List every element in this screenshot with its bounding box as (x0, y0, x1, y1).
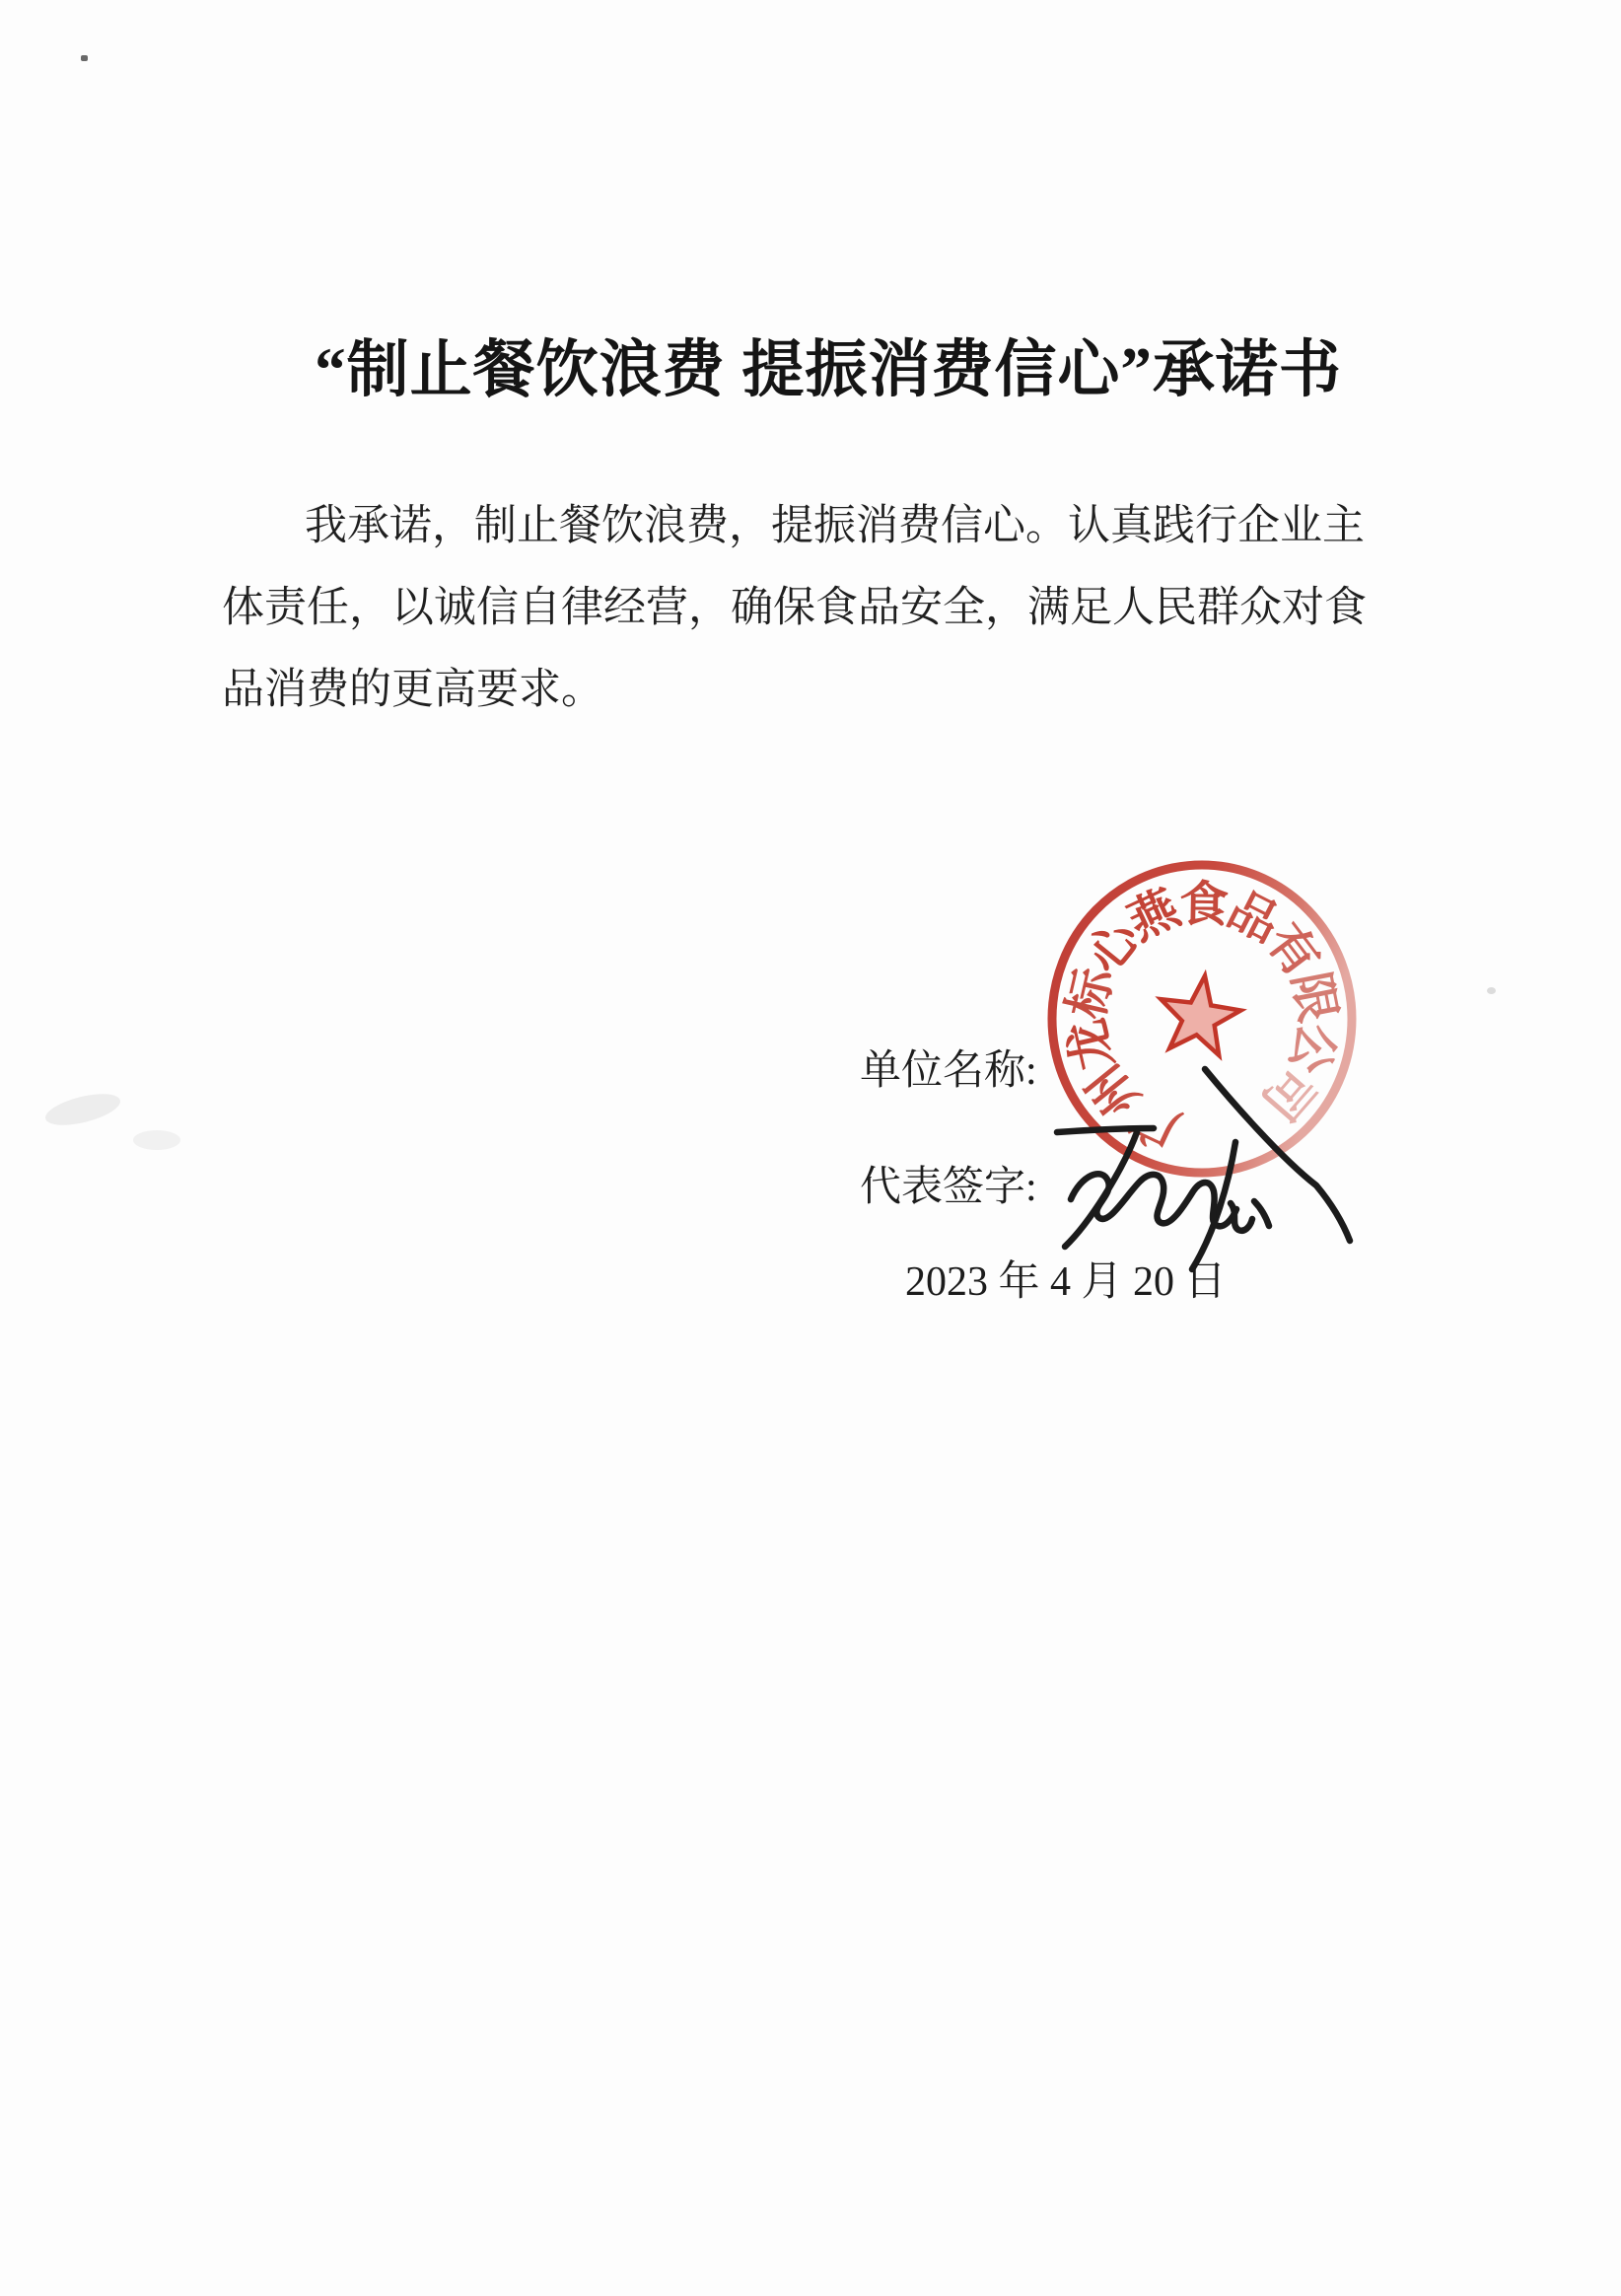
paragraph-line-3: 品消费的更高要求。 (222, 649, 1400, 731)
paragraph-line-1: 我承诺，制止餐饮浪费，提振消费信心。认真践行企业主 (222, 485, 1400, 567)
scan-speck (81, 55, 88, 61)
scan-smudge (42, 1088, 123, 1131)
signature-dot (1254, 1201, 1269, 1226)
signature-tail-curl (1231, 1203, 1252, 1231)
signature-flourish-stroke (1205, 1069, 1350, 1241)
scan-smudge (133, 1130, 180, 1150)
commitment-paragraph: 我承诺，制止餐饮浪费，提振消费信心。认真践行企业主 体责任，以诚信自律经营，确保… (222, 485, 1400, 731)
signature-loops (1071, 1174, 1236, 1226)
scan-speck (1487, 987, 1496, 994)
scanned-document-page: “制止餐饮浪费 提振消费信心”承诺书 我承诺，制止餐饮浪费，提振消费信心。认真践… (0, 0, 1621, 2296)
seal-arc-char: 限 (1283, 968, 1347, 1027)
handwritten-signature (986, 1026, 1400, 1361)
document-title: “制止餐饮浪费 提振消费信心”承诺书 (0, 320, 1621, 409)
paragraph-line-2: 体责任，以诚信自律经营，确保食品安全，满足人民群众对食 (222, 567, 1400, 649)
